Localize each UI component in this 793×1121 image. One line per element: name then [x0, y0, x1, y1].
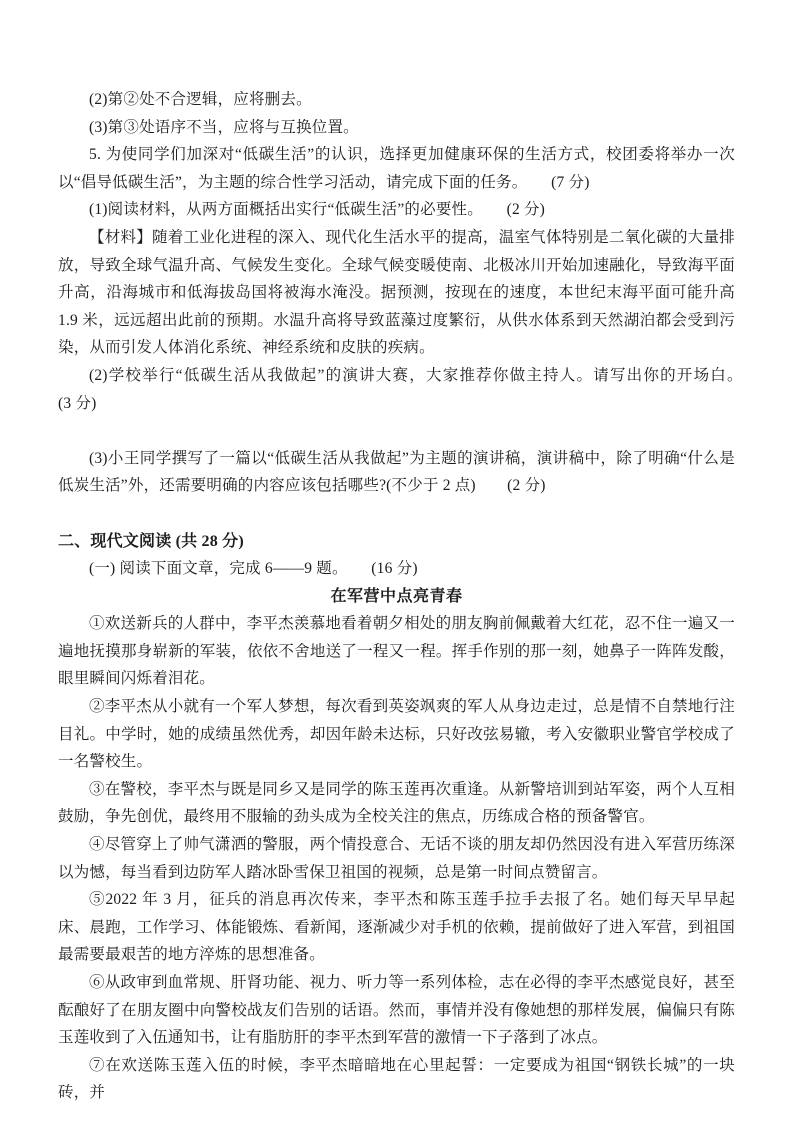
q5-stem: 5. 为使同学们加深对“低碳生活”的认识，选择更加健康环保的生活方式，校团委将举… — [58, 141, 735, 196]
article-paragraph-3: ③在警校，李平杰与既是同乡又是同学的陈玉莲再次重逢。从新警培训到站军姿，两个人互… — [58, 776, 735, 831]
q5-sub3: (3)小王同学撰写了一篇以“低碳生活从我做起”为主题的演讲稿，演讲稿中，除了明确… — [58, 445, 735, 500]
q4-item-2: (2)第②处不合逻辑，应将删去。 — [58, 86, 735, 114]
article-paragraph-1: ①欢送新兵的人群中，李平杰羡慕地看着朝夕相处的朋友胸前佩戴着大红花，忍不住一遍又… — [58, 610, 735, 693]
article-paragraph-7: ⑦在欢送陈玉莲入伍的时候，李平杰暗暗地在心里起誓：一定要成为祖国“钢铁长城”的一… — [58, 1052, 735, 1107]
article-paragraph-4: ④尽管穿上了帅气潇洒的警服，两个情投意合、无话不谈的朋友却仍然因没有进入军营历练… — [58, 831, 735, 886]
article-paragraph-6: ⑥从政审到血常规、肝肾功能、视力、听力等一系列体检，志在必得的李平杰感觉良好，甚… — [58, 969, 735, 1052]
answer-space-1 — [58, 417, 735, 445]
article-title: 在军营中点亮青春 — [58, 583, 735, 611]
q5-sub2: (2)学校举行“低碳生活从我做起”的演讲大赛，大家推荐你做主持人。请写出你的开场… — [58, 362, 735, 417]
article-paragraph-2: ②李平杰从小就有一个军人梦想，每次看到英姿飒爽的军人从身边走过，总是情不自禁地行… — [58, 693, 735, 776]
article-paragraph-5: ⑤2022 年 3 月，征兵的消息再次传来，李平杰和陈玉莲手拉手去报了名。她们每… — [58, 886, 735, 969]
reading-instruction: (一) 阅读下面文章，完成 6——9 题。 (16 分) — [58, 555, 735, 583]
answer-space-2 — [58, 500, 735, 528]
q5-sub1: (1)阅读材料，从两方面概括出实行“低碳生活”的必要性。 (2 分) — [58, 196, 735, 224]
q4-item-3: (3)第③处语序不当，应将与互换位置。 — [58, 114, 735, 142]
exam-paper-page: (2)第②处不合逻辑，应将删去。 (3)第③处语序不当，应将与互换位置。 5. … — [0, 0, 793, 1121]
q5-material: 【材料】随着工业化进程的深入、现代化生活水平的提高，温室气体特别是二氧化碳的大量… — [58, 224, 735, 362]
section-2-heading: 二、现代文阅读 (共 28 分) — [58, 528, 735, 556]
